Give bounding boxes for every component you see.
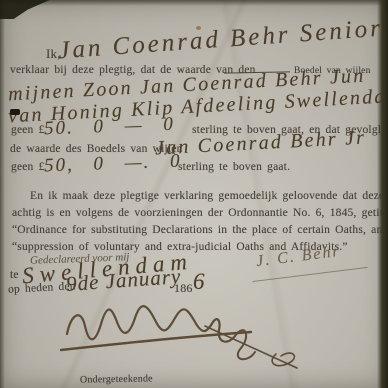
footer-partial-text: Ondergeteekende: [80, 373, 153, 385]
foxing-spot: [196, 26, 201, 30]
oath-line-3: “Ordinance for substituting Declarations…: [12, 224, 388, 236]
photo-edge-right: [377, 0, 388, 388]
oath-line-2: achtig is en volgens de voorzieningen de…: [12, 207, 388, 219]
oath-line-1: En ik maak deze plegtige verklaring gemo…: [30, 190, 388, 202]
place-prefix: te: [10, 269, 19, 281]
official-signature: [55, 292, 305, 374]
document-photo: Ik, Jan Coenrad Behr Senior verklaar bij…: [0, 0, 388, 388]
amount1-prefix: geen £: [11, 124, 45, 136]
photo-edge-top: [0, 0, 388, 6]
amount2-suffix: sterling te boven gaat.: [178, 161, 290, 173]
amount2-prefix: geen £: [11, 161, 45, 173]
amount1-value-handwritten: 50. 0 — 0: [44, 114, 176, 141]
photo-edge-left: [0, 0, 5, 388]
ink-mark: [10, 109, 20, 115]
